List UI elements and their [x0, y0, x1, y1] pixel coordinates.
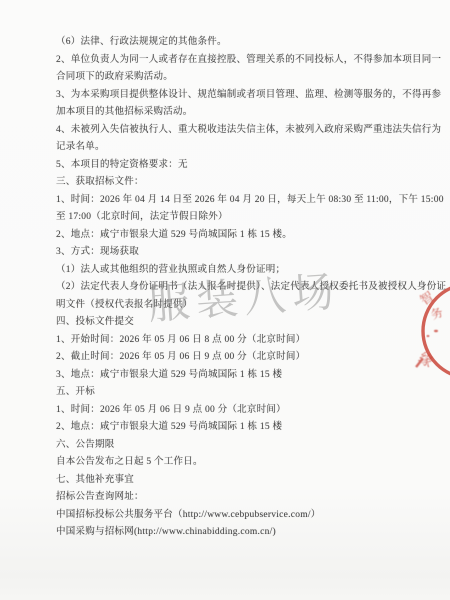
doc-section-heading: 五、开标 [56, 384, 432, 402]
doc-line: （1）法人或其他组织的营业执照或自然人身份证明； [56, 262, 432, 280]
doc-line: 1、时间：2026 年 05 月 06 日 9 点 00 分（北京时间） [56, 402, 432, 420]
doc-section-heading: 七、其他补充事宜 [56, 472, 432, 490]
doc-line: 明文件（授权代表报名时提供） [56, 297, 432, 315]
doc-line-url: 中国招标投标公共服务平台（http://www.cebpubservice.co… [56, 507, 432, 525]
doc-section-heading: 三、获取招标文件： [56, 174, 432, 192]
doc-line: 1、开始时间：2026 年 05 月 06 日 8 点 00 分（北京时间） [56, 332, 432, 350]
doc-line: 2、截止时间：2026 年 05 月 06 日 9 点 00 分（北京时间） [56, 349, 432, 367]
document-content: （6）法律、行政法规规定的其他条件。 2、单位负责人为同一人或者存在直接控股、管… [56, 34, 432, 542]
doc-line: 2、地点：咸宁市银泉大道 529 号尚城国际 1 栋 15 楼 [56, 419, 432, 437]
doc-line: 2、单位负责人为同一人或者存在直接控股、管理关系的不同投标人，不得参加本项目同一 [56, 52, 432, 70]
doc-line: 至 17:00（北京时间，法定节假日除外） [56, 209, 432, 227]
doc-line: 1、时间：2026 年 04 月 14 日至 2026 年 04 月 20 日，… [56, 192, 432, 210]
doc-line: 3、为本采购项目提供整体设计、规范编制或者项目管理、监理、检测等服务的，不得再参 [56, 87, 432, 105]
doc-line: 3、地点：咸宁市银泉大道 529 号尚城国际 1 栋 15 楼 [56, 367, 432, 385]
doc-line: 4、未被列入失信被执行人、重大税收违法失信主体，未被列入政府采购严重违法失信行为 [56, 122, 432, 140]
doc-line: 5、本项目的特定资格要求：无 [56, 157, 432, 175]
doc-line: 招标公告查询网址： [56, 489, 432, 507]
doc-line: 3、方式：现场获取 [56, 244, 432, 262]
doc-line: （2）法定代表人身份证明书（法人报名时提供）、法定代表人授权委托书及被授权人身份… [56, 279, 432, 297]
doc-line: 自本公告发布之日起 5 个工作日。 [56, 454, 432, 472]
doc-line: 加本项目的其他招标采购活动。 [56, 104, 432, 122]
doc-line-url: 中国采购与招标网(http://www.chinabidding.com.cn/… [56, 524, 432, 542]
doc-line: 记录名单。 [56, 139, 432, 157]
doc-line: （6）法律、行政法规规定的其他条件。 [56, 34, 432, 52]
doc-line: 合同项下的政府采购活动。 [56, 69, 432, 87]
scanned-document-page: （6）法律、行政法规规定的其他条件。 2、单位负责人为同一人或者存在直接控股、管… [0, 0, 450, 600]
doc-line: 2、地点：咸宁市银泉大道 529 号尚城国际 1 栋 15 楼。 [56, 227, 432, 245]
doc-section-heading: 六、公告期限 [56, 437, 432, 455]
doc-section-heading: 四、投标文件提交 [56, 314, 432, 332]
